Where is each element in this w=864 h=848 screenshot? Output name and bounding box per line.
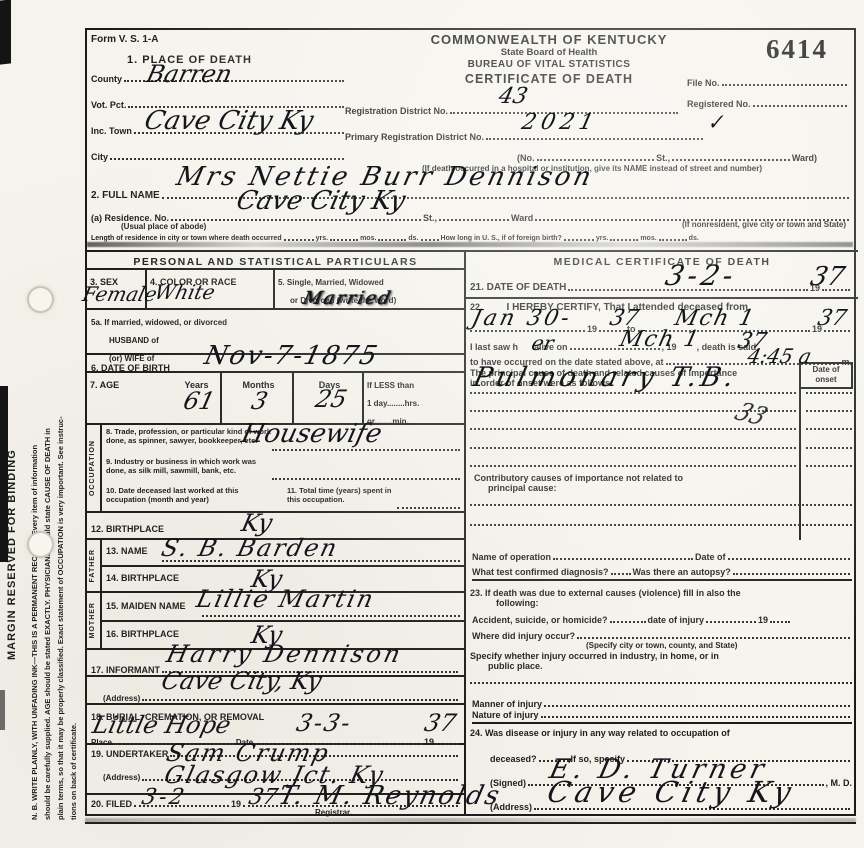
date-of-death-year-handwritten: 37	[808, 264, 847, 290]
ward-label: Ward)	[792, 153, 817, 163]
dotted-line	[439, 217, 509, 221]
external-causes-text-2: following:	[496, 598, 539, 608]
specify-city-note: (Specify city or town, county, and State…	[586, 641, 737, 650]
dotted-line	[610, 237, 638, 241]
dotted-line	[284, 237, 314, 241]
residence-handwritten: Cave City Ky	[234, 188, 408, 214]
specify-whether-text-2: public place.	[488, 661, 543, 671]
if-less-cell: If LESS than 1 day........hrs. or.......…	[364, 373, 464, 423]
husband-wife-label-2: HUSBAND of	[109, 336, 159, 345]
occupation-related-text: 24. Was disease or injury in any way rel…	[470, 728, 730, 738]
dotted-line	[733, 571, 850, 575]
file-no-label: File No.	[687, 78, 720, 88]
scan-smudge	[87, 242, 853, 247]
father-name-handwritten: S. B. Barden	[159, 536, 341, 560]
burial-place-handwritten: Little Hope	[90, 713, 233, 737]
marital-cell: 5. Single, Married, Widowed or Divorced …	[275, 270, 464, 308]
contributory-text-1: Contributory causes of importance not re…	[474, 473, 683, 483]
year-19-prefix: 19	[231, 799, 241, 809]
dotted-line	[806, 428, 852, 430]
birthplace-handwritten: Ky	[239, 511, 274, 535]
operation-date-label: Date of	[695, 552, 726, 562]
filed-label: 20. FILED	[91, 799, 132, 809]
date-of-birth-row: 6. DATE OF BIRTH Nov-7-1875	[87, 355, 464, 373]
last-saw-text: I last saw h	[470, 342, 518, 352]
date-of-birth-handwritten: Nov-7-1875	[202, 343, 381, 369]
filed-date-handwritten: 3-2	[139, 787, 189, 809]
onset-column-divider	[799, 362, 801, 540]
personal-column: PERSONAL AND STATISTICAL PARTICULARS 3. …	[87, 250, 464, 816]
dotted-line	[610, 619, 646, 623]
street-label: St.,	[656, 153, 670, 163]
county-label: County	[91, 74, 122, 84]
dotted-line	[728, 556, 850, 560]
dotted-line	[659, 237, 687, 241]
informant-address-handwritten: Cave City, Ky	[159, 669, 324, 693]
marital-handwritten: Married	[301, 290, 393, 308]
primary-district-label: Primary Registration District No.	[345, 132, 484, 142]
deceased-label: deceased?	[490, 754, 537, 764]
dotted-line	[753, 103, 847, 107]
dotted-line	[470, 447, 796, 449]
father-side-label-cell: FATHER	[87, 540, 102, 591]
registered-no-line: Registered No.	[687, 95, 849, 109]
dotted-line	[770, 619, 790, 623]
permanent-record-note-line: N. B. WRITE PLAINLY, WITH UNFADING INK—T…	[30, 30, 39, 820]
certificate-number: 6414	[742, 34, 852, 65]
personal-title-text: PERSONAL AND STATISTICAL PARTICULARS	[133, 256, 417, 268]
where-injury-label: Where did injury occur?	[472, 631, 575, 641]
dotted-line	[806, 392, 852, 394]
punch-hole	[27, 286, 54, 313]
sex-cell: 3. SEX Female	[87, 270, 147, 308]
dotted-line	[553, 556, 693, 560]
sex-handwritten: Female	[81, 284, 159, 304]
county-handwritten: Barren	[144, 62, 234, 86]
filed-year-handwritten: 37	[246, 787, 279, 809]
father-side-label: FATHER	[89, 549, 97, 582]
personal-title: PERSONAL AND STATISTICAL PARTICULARS	[87, 252, 464, 270]
bureau-subtitle: BUREAU OF VITAL STATISTICS	[345, 59, 753, 71]
date-of-death-label: 21. DATE OF DEATH	[470, 282, 566, 294]
burial-year-handwritten: 37	[423, 711, 459, 735]
residence-ward-label: Ward	[511, 213, 533, 223]
manner-injury-line: Manner of injury	[472, 695, 852, 709]
punch-hole	[27, 531, 54, 558]
husband-wife-label-1: 5a. If married, widowed, or divorced	[91, 318, 227, 327]
industry-label: 9. Industry or business in which work wa…	[106, 458, 276, 475]
contributory-text-2: principal cause:	[488, 483, 557, 493]
city-line: City	[91, 146, 346, 162]
test-label: What test confirmed diagnosis?	[472, 567, 609, 577]
medical-column: MEDICAL CERTIFICATE OF DEATH 21. DATE OF…	[464, 250, 858, 816]
dotted-line	[171, 217, 421, 221]
test-autopsy-line: What test confirmed diagnosis? Was there…	[472, 566, 852, 581]
trade-handwritten: Housewife	[239, 421, 384, 447]
physician-address-handwritten: Cave City Ky	[545, 778, 799, 807]
father-content: 13. NAME S. B. Barden 14. BIRTHPLACE Ky	[102, 540, 464, 591]
cause-of-death-handwritten: Pulmonary T.B.	[471, 364, 741, 391]
dotted-line	[541, 714, 850, 718]
residence-st-label: St.,	[423, 213, 437, 223]
dotted-line	[537, 157, 655, 161]
age-days-cell: Days 25	[294, 373, 364, 423]
operation-line: Name of operation Date of	[472, 548, 852, 562]
dotted-line	[672, 157, 790, 161]
scan-smudge	[85, 818, 856, 823]
father-name-label: 13. NAME	[106, 546, 148, 556]
mother-name-handwritten: Lillie Martin	[194, 587, 377, 611]
date-of-injury-label: date of injury	[648, 615, 705, 625]
full-name-label: 2. FULL NAME	[91, 190, 160, 202]
dotted-line	[470, 504, 852, 506]
vot-pct-label: Vot. Pct.	[91, 100, 126, 110]
age-label-cell: 7. AGE	[87, 373, 170, 423]
dotted-line	[577, 635, 850, 639]
city-label: City	[91, 152, 108, 162]
age-months-handwritten: 3	[249, 389, 270, 413]
dotted-line	[470, 465, 796, 467]
inc-town-label: Inc. Town	[91, 126, 132, 136]
dotted-line	[706, 619, 756, 623]
form-number-label: Form V. S. 1-A	[91, 34, 158, 46]
last-worked-label: 10. Date deceased last worked at this oc…	[106, 487, 276, 504]
file-no-line: File No.	[687, 74, 849, 88]
dotted-line	[470, 682, 852, 684]
occupation-side-label-cell: OCCUPATION	[87, 425, 102, 511]
marital-label-1: 5. Single, Married, Widowed	[278, 278, 384, 287]
occupation-side-label: OCCUPATION	[89, 440, 97, 496]
permanent-record-note-line: tions on back of certificate.	[69, 560, 78, 820]
date-of-death-row: 21. DATE OF DEATH 19 3-2- 37	[466, 270, 858, 299]
age-years-handwritten: 61	[181, 389, 217, 413]
informant-address-row: (Address) Cave City, Ky	[87, 677, 464, 705]
dotted-line	[470, 524, 852, 526]
if-less-label-2: 1 day........hrs.	[367, 399, 419, 408]
stray-scribble: 33	[731, 399, 771, 429]
medical-title: MEDICAL CERTIFICATE OF DEATH	[466, 252, 858, 270]
external-causes-text-1: 23. If death was due to external causes …	[470, 588, 741, 598]
age-row: 7. AGE Years 61 Months 3 Days 25 If LESS…	[87, 373, 464, 425]
date-of-onset-label: Date of onset	[801, 365, 851, 384]
dotted-line	[806, 465, 852, 467]
mother-side-label-cell: MOTHER	[87, 593, 102, 648]
dotted-line	[272, 478, 460, 480]
scan-edge-artifact	[0, 0, 11, 65]
year-19-prefix: 19	[758, 615, 768, 625]
dotted-line	[544, 703, 850, 707]
primary-district-handwritten: 2021	[519, 112, 600, 134]
scan-edge-artifact	[0, 386, 8, 562]
nature-injury-line: Nature of injury	[472, 710, 852, 724]
dotted-line	[806, 447, 852, 449]
sex-color-marital-row: 3. SEX Female 4. COLOR OR RACE White 5. …	[87, 270, 464, 310]
physician-address-line: (Address) Cave City Ky	[490, 796, 852, 812]
dotted-line	[806, 410, 852, 412]
age-months-cell: Months 3	[222, 373, 294, 423]
certificate-form: Form V. S. 1-A 1. PLACE OF DEATH County …	[85, 28, 856, 816]
mother-side-label: MOTHER	[89, 602, 97, 638]
operation-label: Name of operation	[472, 552, 551, 562]
dotted-line	[722, 82, 847, 86]
mother-birthplace-label: 16. BIRTHPLACE	[106, 629, 179, 639]
accident-label: Accident, suicide, or homicide?	[472, 615, 608, 625]
dotted-line	[272, 449, 460, 451]
dotted-line	[397, 507, 460, 509]
color-race-handwritten: White	[153, 282, 217, 302]
death-certificate-scan: MARGIN RESERVED FOR BINDING N. B. WRITE …	[0, 0, 864, 848]
commonwealth-title: COMMONWEALTH OF KENTUCKY	[345, 33, 753, 48]
address-label: (Address)	[103, 773, 140, 782]
permanent-record-note-line: should be carefully supplied. AGE should…	[43, 30, 52, 820]
dotted-line	[330, 237, 358, 241]
date-of-death-handwritten: 3-2-	[663, 262, 740, 290]
mother-name-label: 15. MAIDEN NAME	[106, 601, 186, 611]
accident-line: Accident, suicide, or homicide? date of …	[472, 611, 852, 625]
age-label: 7. AGE	[90, 380, 119, 390]
if-less-label-1: If LESS than	[367, 381, 414, 390]
dotted-line	[110, 156, 344, 160]
dotted-line	[611, 571, 631, 575]
stray-checkmark: ✓	[706, 111, 724, 133]
specify-whether-text-1: Specify whether injury occurred in indus…	[470, 651, 719, 661]
dotted-line	[564, 237, 594, 241]
usual-place-note: (Usual place of abode)	[121, 222, 206, 231]
total-time-label: 11. Total time (years) spent in this occ…	[287, 487, 397, 504]
age-days-handwritten: 25	[313, 387, 349, 411]
occupation-block: OCCUPATION 8. Trade, profession, or part…	[87, 425, 464, 513]
nonresident-note: (If nonresident, give city or town and S…	[682, 220, 846, 229]
scan-edge-artifact	[0, 690, 5, 730]
informant-label: 17. INFORMANT	[91, 665, 160, 675]
nature-injury-label: Nature of injury	[472, 710, 539, 720]
attended-to-year-handwritten: 37	[815, 308, 848, 330]
color-race-cell: 4. COLOR OR RACE White	[147, 270, 275, 308]
md-label: , M. D.	[826, 778, 853, 788]
state-board-subtitle: State Board of Health	[345, 48, 753, 59]
manner-injury-label: Manner of injury	[472, 699, 542, 709]
where-injury-line: Where did injury occur?	[472, 628, 852, 641]
year-19-prefix: 19	[587, 324, 597, 334]
inc-town-handwritten: Cave City Ky	[142, 108, 316, 134]
date-of-birth-label: 6. DATE OF BIRTH	[91, 363, 170, 373]
occupation-content: 8. Trade, profession, or particular kind…	[102, 425, 464, 511]
permanent-record-note-line: plain terms, so that it may be properly …	[56, 30, 65, 820]
dotted-line	[378, 237, 406, 241]
filed-row: 20. FILED 19 3-2 37 T. M. Reynolds Regis…	[87, 795, 464, 818]
father-birthplace-label: 14. BIRTHPLACE	[106, 573, 179, 583]
autopsy-label: Was there an autopsy?	[633, 567, 731, 577]
informant-handwritten: Harry Dennison	[164, 642, 405, 666]
dotted-line	[202, 615, 460, 617]
registrar-signature-handwritten: T. M. Reynolds	[276, 783, 504, 809]
time-of-death-handwritten: 4:45 a	[746, 346, 814, 366]
registration-district-label: Registration District No.	[345, 106, 448, 116]
age-years-cell: Years 61	[170, 373, 222, 423]
last-seen-date-handwritten: Mch 1	[617, 329, 702, 351]
burial-date-handwritten: 3-3-	[294, 711, 354, 735]
registered-no-label: Registered No.	[687, 99, 751, 109]
birthplace-label: 12. BIRTHPLACE	[91, 524, 164, 534]
undertaker-label: 19. UNDERTAKER	[91, 749, 168, 759]
attended-from-handwritten: Jan 30-	[469, 308, 574, 330]
address-label: (Address)	[103, 694, 140, 703]
dotted-line	[142, 697, 458, 701]
dotted-line	[486, 136, 703, 140]
dotted-line	[421, 237, 439, 241]
registration-district-handwritten: 43	[496, 86, 529, 108]
